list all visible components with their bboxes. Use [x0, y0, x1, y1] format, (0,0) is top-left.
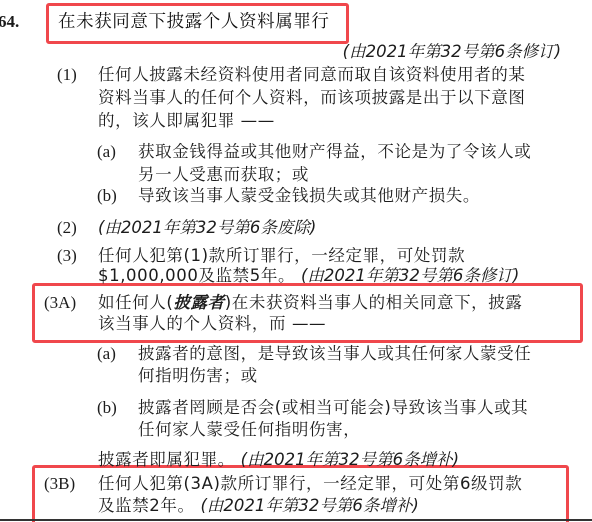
subsection-2-label: (2): [57, 217, 77, 239]
subsection-3b-label: (3B): [44, 473, 75, 495]
amendment-note: (由2021年第32号第6条修订): [343, 41, 561, 63]
subsection-3a-line: 如任何人(披露者)在未获资料当事人的相关同意下，披露: [98, 292, 523, 314]
subsection-3a-text: 如任何人(: [98, 293, 173, 312]
paragraph-1b-line: 导致该当事人蒙受金钱损失或其他财产损失。: [138, 185, 480, 207]
subsection-3-penalty-text: $1,000,000及监禁5年。: [98, 266, 295, 285]
subsection-3b-line: 任何人犯第(3A)款所订罪行，一经定罪，可处第6级罚款: [98, 473, 522, 495]
paragraph-1a-label: (a): [97, 141, 116, 163]
subsection-3-line2: $1,000,000及监禁5年。 (由2021年第32号第6条修订): [98, 265, 519, 287]
paragraph-3a-a-label: (a): [97, 343, 116, 365]
paragraph-1a-line: 另一人受惠而获取；或: [138, 164, 309, 186]
subsection-3a-label: (3A): [44, 292, 76, 314]
subsection-3b-penalty-text: 及监禁2年。: [98, 496, 195, 515]
subsection-3a-closing: 披露者即属犯罪。 (由2021年第32号第6条增补): [98, 449, 459, 471]
subsection-1-line: 资料当事人的任何个人资料，而该项披露是出于以下意图: [98, 87, 526, 109]
subsection-3a-amendment-note: (由2021年第32号第6条增补): [241, 450, 459, 469]
section-number: 64.: [0, 12, 19, 32]
defined-term-discloser: 披露者: [173, 293, 224, 312]
subsection-3-line: 任何人犯第(1)款所订罪行，一经定罪，可处罚款: [98, 245, 465, 267]
subsection-3a-closing-text: 披露者即属犯罪。: [98, 450, 235, 469]
subsection-3a-text: )在未获资料当事人的相关同意下，披露: [225, 293, 523, 312]
subsection-3b-amendment-note: (由2021年第32号第6条增补): [200, 496, 418, 515]
paragraph-3a-b-label: (b): [97, 397, 117, 419]
section-title: 在未获同意下披露个人资料属罪行: [58, 11, 330, 33]
paragraph-1a-line: 获取金钱得益或其他财产得益，不论是为了令该人或: [138, 141, 531, 163]
paragraph-3a-b-line: 任何家人蒙受任何指明伤害，: [138, 419, 360, 441]
subsection-2-repeal-note: (由2021年第32号第6条废除): [98, 217, 316, 239]
paragraph-1b-label: (b): [97, 185, 117, 207]
subsection-3-amendment-note: (由2021年第32号第6条修订): [301, 266, 519, 285]
paragraph-3a-a-line: 披露者的意图，是导致该当事人或其任何家人蒙受任: [138, 343, 531, 365]
subsection-3-label: (3): [57, 245, 77, 267]
subsection-3b-line2: 及监禁2年。 (由2021年第32号第6条增补): [98, 495, 419, 517]
paragraph-3a-b-line: 披露者罔顾是否会(或相当可能会)导致该当事人或其: [138, 397, 528, 419]
subsection-1-line: 任何人披露未经资料使用者同意而取自该资料使用者的某: [98, 64, 526, 86]
paragraph-3a-a-line: 何指明伤害；或: [138, 365, 258, 387]
subsection-1-label: (1): [57, 64, 77, 86]
subsection-1-line: 的，该人即属犯罪 ——: [98, 110, 275, 132]
subsection-3a-line: 该当事人的个人资料，而 ——: [98, 313, 326, 335]
bottom-divider: [0, 519, 592, 521]
